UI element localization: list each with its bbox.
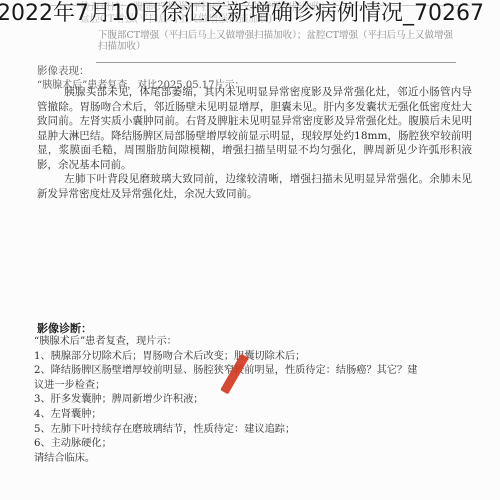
diagnosis-line: 4、左肾囊肿； xyxy=(34,408,474,423)
diagnosis-line: 6、主动脉硬化； xyxy=(34,437,474,452)
findings-paragraph: 胰腺头部未见，体尾部萎缩，其内未见明显异常密度影及异常强化灶，邻近小肠管内导管撤… xyxy=(37,85,472,172)
diagnosis-line: 1、胰腺部分切除术后；胃肠吻合术后改变；胆囊切除术后； xyxy=(34,350,474,365)
diagnosis-line: 3、肝多发囊肿；脾周新增少许积液； xyxy=(34,393,474,408)
diagnosis-list: “胰腺术后”患者复查，现片示： 1、胰腺部分切除术后；胃肠吻合术后改变；胆囊切除… xyxy=(34,335,474,466)
scanned-report: 检查项目： 腹部CT增强(平扫后马上又做增强扫描加收) 上 盆腔CT增强(平扫后… xyxy=(0,0,500,500)
diagnosis-line: 议进一步检查； xyxy=(34,379,474,394)
exam-items: 下腹部CT增强（平扫后马上又做增强扫描加收）；盆腔CT增强（平扫后马上又做增强扫… xyxy=(98,30,458,52)
diagnosis-label: 影像诊断： xyxy=(37,320,92,336)
findings-body: 胰腺头部未见，体尾部萎缩，其内未见明显异常密度影及异常强化灶，邻近小肠管内导管撤… xyxy=(37,85,472,201)
diagnosis-line: 5、左肺下叶持续存在磨玻璃结节，性质待定：建议追踪； xyxy=(34,423,474,438)
overlay-title: 2022年7月10日徐汇区新增确诊病例情况_70267 xyxy=(0,0,500,28)
section-divider xyxy=(96,62,456,63)
diagnosis-line: 2、降结肠脾区肠壁增厚较前明显、肠腔狭窄较前明显，性质待定：结肠癌？其它？建 xyxy=(34,364,474,379)
diagnosis-line: 请结合临床。 xyxy=(34,452,474,467)
diagnosis-line: “胰腺术后”患者复查，现片示： xyxy=(34,335,474,350)
findings-paragraph: 左肺下叶背段见磨玻璃大致同前，边缘较清晰，增强扫描未见明显异常强化。余肺未见新发… xyxy=(37,172,472,201)
